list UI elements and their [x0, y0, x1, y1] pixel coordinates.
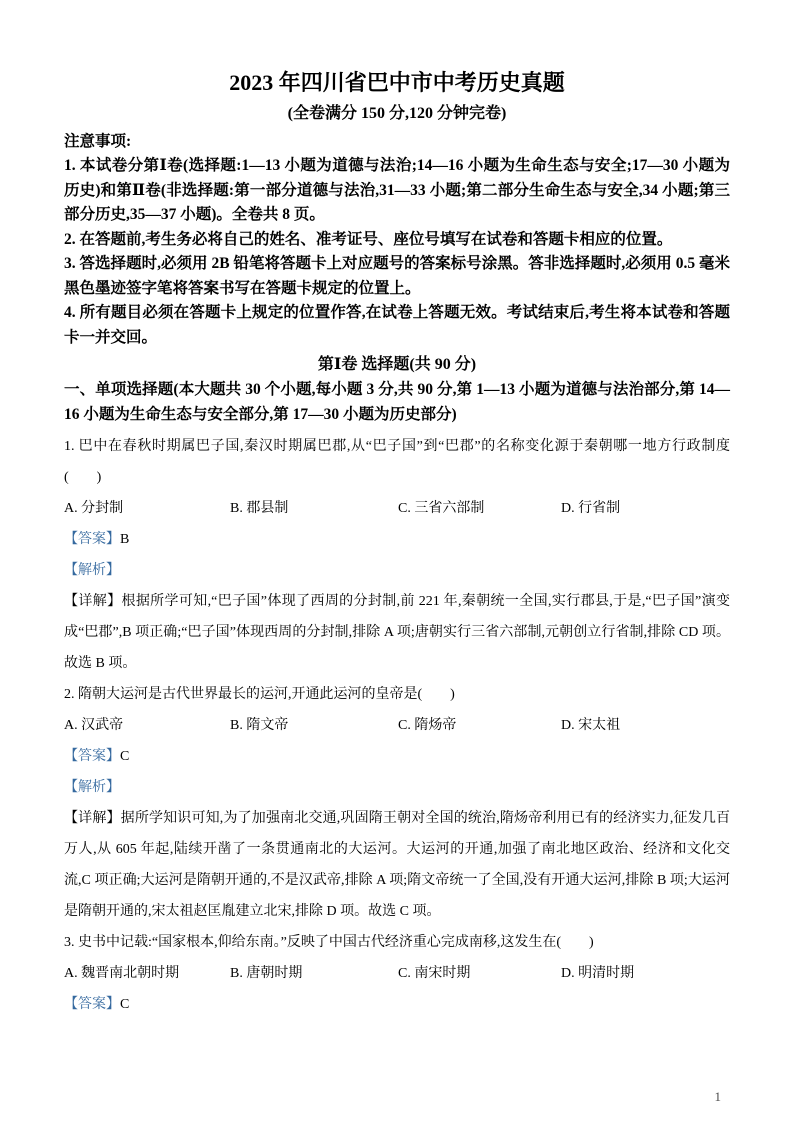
question-1-option-b: B. 郡县制	[230, 493, 398, 524]
question-1-option-c: C. 三省六部制	[398, 493, 561, 524]
question-3-answer-line: 【答案】C	[64, 989, 730, 1020]
analysis-marker: 【解析】	[64, 780, 120, 795]
answer-value: C	[120, 749, 129, 764]
answer-marker: 【答案】	[64, 997, 120, 1012]
document-subtitle: (全卷满分 150 分,120 分钟完卷)	[64, 102, 730, 126]
question-2-option-a: A. 汉武帝	[64, 710, 230, 741]
question-3-options: A. 魏晋南北朝时期 B. 唐朝时期 C. 南宋时期 D. 明清时期	[64, 958, 730, 989]
question-2-stem: 2. 隋朝大运河是古代世界最长的运河,开通此运河的皇帝是( )	[64, 679, 730, 710]
answer-marker: 【答案】	[64, 749, 120, 764]
notice-heading: 注意事项:	[64, 130, 730, 154]
question-2-options: A. 汉武帝 B. 隋文帝 C. 隋炀帝 D. 宋太祖	[64, 710, 730, 741]
question-2-detail: 【详解】据所学知识可知,为了加强南北交通,巩固隋王朝对全国的统治,隋炀帝利用已有…	[64, 803, 730, 927]
question-2: 2. 隋朝大运河是古代世界最长的运河,开通此运河的皇帝是( ) A. 汉武帝 B…	[64, 679, 730, 927]
question-1-option-d: D. 行省制	[561, 493, 730, 524]
question-3-option-c: C. 南宋时期	[398, 958, 561, 989]
question-2-option-c: C. 隋炀帝	[398, 710, 561, 741]
question-1-stem: 1. 巴中在春秋时期属巴子国,秦汉时期属巴郡,从“巴子国”到“巴郡”的名称变化源…	[64, 431, 730, 493]
question-1-detail: 【详解】根据所学可知,“巴子国”体现了西周的分封制,前 221 年,秦朝统一全国…	[64, 586, 730, 679]
answer-marker: 【答案】	[64, 532, 120, 547]
question-2-option-d: D. 宋太祖	[561, 710, 730, 741]
question-1-option-a: A. 分封制	[64, 493, 230, 524]
part-heading: 一、单项选择题(本大题共 30 个小题,每小题 3 分,共 90 分,第 1—1…	[64, 377, 730, 427]
analysis-marker: 【解析】	[64, 563, 120, 578]
answer-value: B	[120, 532, 129, 547]
question-3-option-a: A. 魏晋南北朝时期	[64, 958, 230, 989]
notice-item-3: 3. 答选择题时,必须用 2B 铅笔将答题卡上对应题号的答案标号涂黑。答非选择题…	[64, 252, 730, 301]
question-1-answer-line: 【答案】B	[64, 524, 730, 555]
notice-item-2: 2. 在答题前,考生务必将自己的姓名、准考证号、座位号填写在试卷和答题卡相应的位…	[64, 228, 730, 253]
notice-item-4: 4. 所有题目必须在答题卡上规定的位置作答,在试卷上答题无效。考试结束后,考生将…	[64, 301, 730, 350]
question-1-options: A. 分封制 B. 郡县制 C. 三省六部制 D. 行省制	[64, 493, 730, 524]
notice-item-1: 1. 本试卷分第Ⅰ卷(选择题:1—13 小题为道德与法治;14—16 小题为生命…	[64, 154, 730, 228]
question-3: 3. 史书中记载:“国家根本,仰给东南。”反映了中国古代经济重心完成南移,这发生…	[64, 927, 730, 1020]
answer-value: C	[120, 997, 129, 1012]
question-2-answer-line: 【答案】C	[64, 741, 730, 772]
document-title: 2023 年四川省巴中市中考历史真题	[64, 68, 730, 98]
question-2-option-b: B. 隋文帝	[230, 710, 398, 741]
question-2-analysis-line: 【解析】	[64, 772, 730, 803]
question-3-option-d: D. 明清时期	[561, 958, 730, 989]
questions-area: 1. 巴中在春秋时期属巴子国,秦汉时期属巴郡,从“巴子国”到“巴郡”的名称变化源…	[64, 431, 730, 1020]
question-3-option-b: B. 唐朝时期	[230, 958, 398, 989]
question-1-analysis-line: 【解析】	[64, 555, 730, 586]
page-number: 1	[715, 1090, 722, 1104]
volume-heading: 第Ⅰ卷 选择题(共 90 分)	[64, 352, 730, 377]
exam-document-page: 2023 年四川省巴中市中考历史真题 (全卷满分 150 分,120 分钟完卷)…	[0, 0, 793, 1122]
question-3-stem: 3. 史书中记载:“国家根本,仰给东南。”反映了中国古代经济重心完成南移,这发生…	[64, 927, 730, 958]
question-1: 1. 巴中在春秋时期属巴子国,秦汉时期属巴郡,从“巴子国”到“巴郡”的名称变化源…	[64, 431, 730, 679]
